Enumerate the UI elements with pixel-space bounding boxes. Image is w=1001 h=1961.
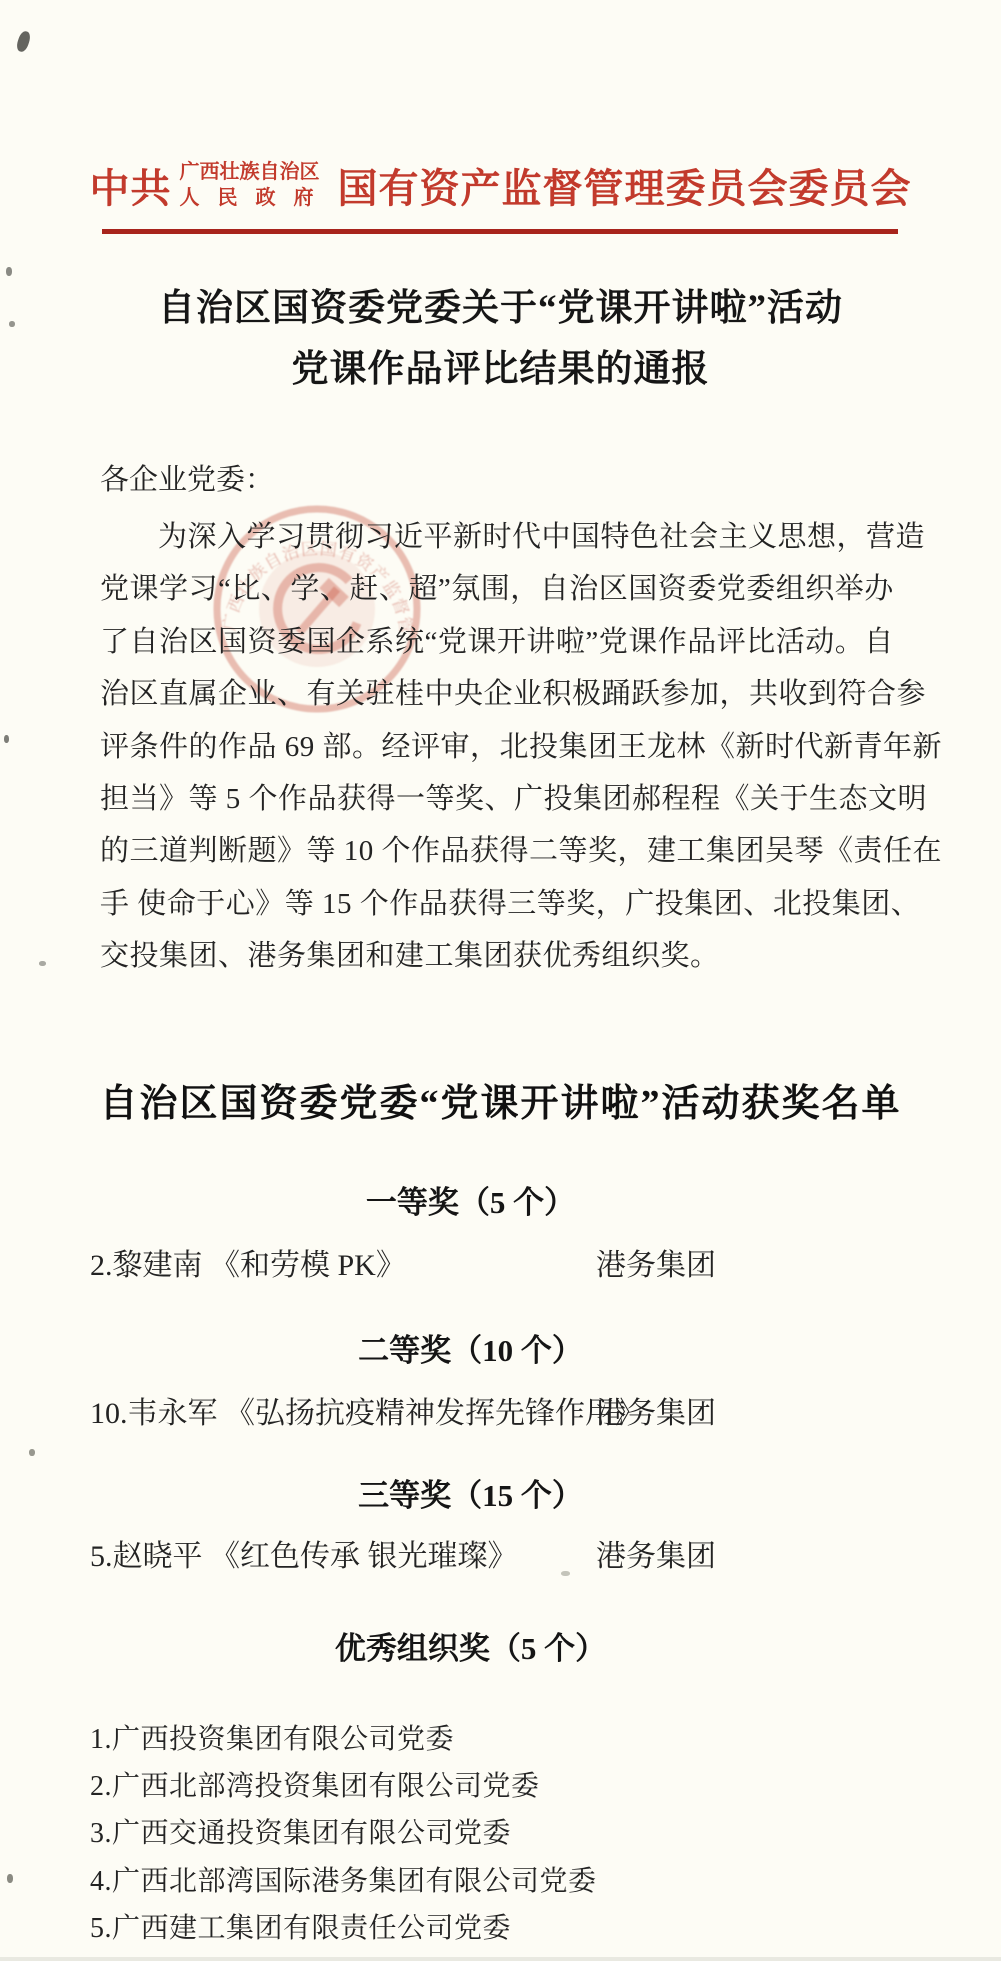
award-entry-organization: 港务集团 xyxy=(596,1240,716,1284)
scan-artifact xyxy=(39,961,46,966)
section-title-third-prize: 三等奖（15 个） xyxy=(0,1470,941,1515)
salutation: 各企业党委： xyxy=(100,463,274,497)
award-entry-organization: 港务集团 xyxy=(596,1388,716,1432)
body-line: 的三道判断题》等 10 个作品获得二等奖，建工集团吴琴《责任在 xyxy=(100,825,942,877)
award-entry-row: 5.赵晓平 《红色传承 银光璀璨》 港务集团 xyxy=(0,1531,1001,1567)
section-title-organization-award: 优秀组织奖（5 个） xyxy=(0,1623,941,1668)
scan-artifact xyxy=(4,735,9,743)
body-line: 为深入学习贯彻习近平新时代中国特色社会主义思想，营造 xyxy=(100,511,942,563)
body-line: 党课学习“比、学、赶、超”氛围，自治区国资委党委组织举办 xyxy=(100,563,942,615)
body-line: 治区直属企业、有关驻桂中央企业积极踊跃参加，共收到符合参 xyxy=(100,668,942,720)
organization-award-item: 2.广西北部湾投资集团有限公司党委 xyxy=(90,1763,597,1810)
body-line: 手 使命于心》等 15 个作品获得三等奖，广投集团、北投集团、 xyxy=(100,878,942,930)
scan-artifact xyxy=(15,30,32,53)
letterhead-divider xyxy=(102,229,898,234)
body-paragraph: 为深入学习贯彻习近平新时代中国特色社会主义思想，营造 党课学习“比、学、赶、超”… xyxy=(100,511,942,983)
scan-artifact xyxy=(6,267,12,276)
award-entry-name-work: 10.韦永军 《弘扬抗疫精神发挥先锋作用》 xyxy=(90,1388,645,1432)
award-entry-organization: 港务集团 xyxy=(596,1531,716,1575)
letterhead: 中共 广西壮族自治区 人民政府 国有资产监督管理委员会委员会 xyxy=(0,150,1001,220)
scan-artifact xyxy=(29,1449,35,1456)
body-line: 交投集团、港务集团和建工集团获优秀组织奖。 xyxy=(100,930,942,982)
section-title-first-prize: 一等奖（5 个） xyxy=(0,1177,941,1222)
organization-award-item: 3.广西交通投资集团有限公司党委 xyxy=(90,1810,597,1857)
body-line: 了自治区国资委国企系统“党课开讲啦”党课作品评比活动。自 xyxy=(100,616,942,668)
organization-award-item: 1.广西投资集团有限公司党委 xyxy=(90,1716,597,1763)
scan-artifact xyxy=(9,321,15,327)
letterhead-suffix: 国有资产监督管理委员会委员会 xyxy=(338,157,912,214)
letterhead-region-stack: 广西壮族自治区 人民政府 xyxy=(180,159,330,211)
organization-award-item: 4.广西北部湾国际港务集团有限公司党委 xyxy=(90,1858,597,1905)
document-title: 自治区国资委党委关于“党课开讲啦”活动 党课作品评比结果的通报 xyxy=(0,278,1001,400)
section-title-second-prize: 二等奖（10 个） xyxy=(0,1325,941,1370)
award-entry-name-work: 5.赵晓平 《红色传承 银光璀璨》 xyxy=(90,1531,518,1575)
document-title-line2: 党课作品评比结果的通报 xyxy=(0,339,1001,400)
award-entry-name-work: 2.黎建南 《和劳模 PK》 xyxy=(90,1240,406,1284)
body-line: 担当》等 5 个作品获得一等奖、广投集团郝程程《关于生态文明 xyxy=(100,773,942,825)
awards-list-heading: 自治区国资委党委“党课开讲啦”活动获奖名单 xyxy=(0,1072,1001,1127)
document-page: 中共 广西壮族自治区 人民政府 国有资产监督管理委员会委员会 自治区国资委党委关… xyxy=(0,0,1001,1961)
letterhead-region-line1: 广西壮族自治区 xyxy=(180,159,330,185)
scan-artifact xyxy=(7,1874,13,1883)
letterhead-prefix: 中共 xyxy=(90,157,172,214)
scan-artifact xyxy=(561,1571,570,1576)
organization-award-list: 1.广西投资集团有限公司党委 2.广西北部湾投资集团有限公司党委 3.广西交通投… xyxy=(90,1716,597,1952)
document-title-line1: 自治区国资委党委关于“党课开讲啦”活动 xyxy=(0,278,1001,339)
body-line: 评条件的作品 69 部。经评审，北投集团王龙林《新时代新青年新 xyxy=(100,721,942,773)
letterhead-region-line2: 人民政府 xyxy=(180,185,348,211)
award-entry-row: 10.韦永军 《弘扬抗疫精神发挥先锋作用》 港务集团 xyxy=(0,1388,1001,1424)
organization-award-item: 5.广西建工集团有限责任公司党委 xyxy=(90,1905,597,1952)
award-entry-row: 2.黎建南 《和劳模 PK》 港务集团 xyxy=(0,1240,1001,1276)
